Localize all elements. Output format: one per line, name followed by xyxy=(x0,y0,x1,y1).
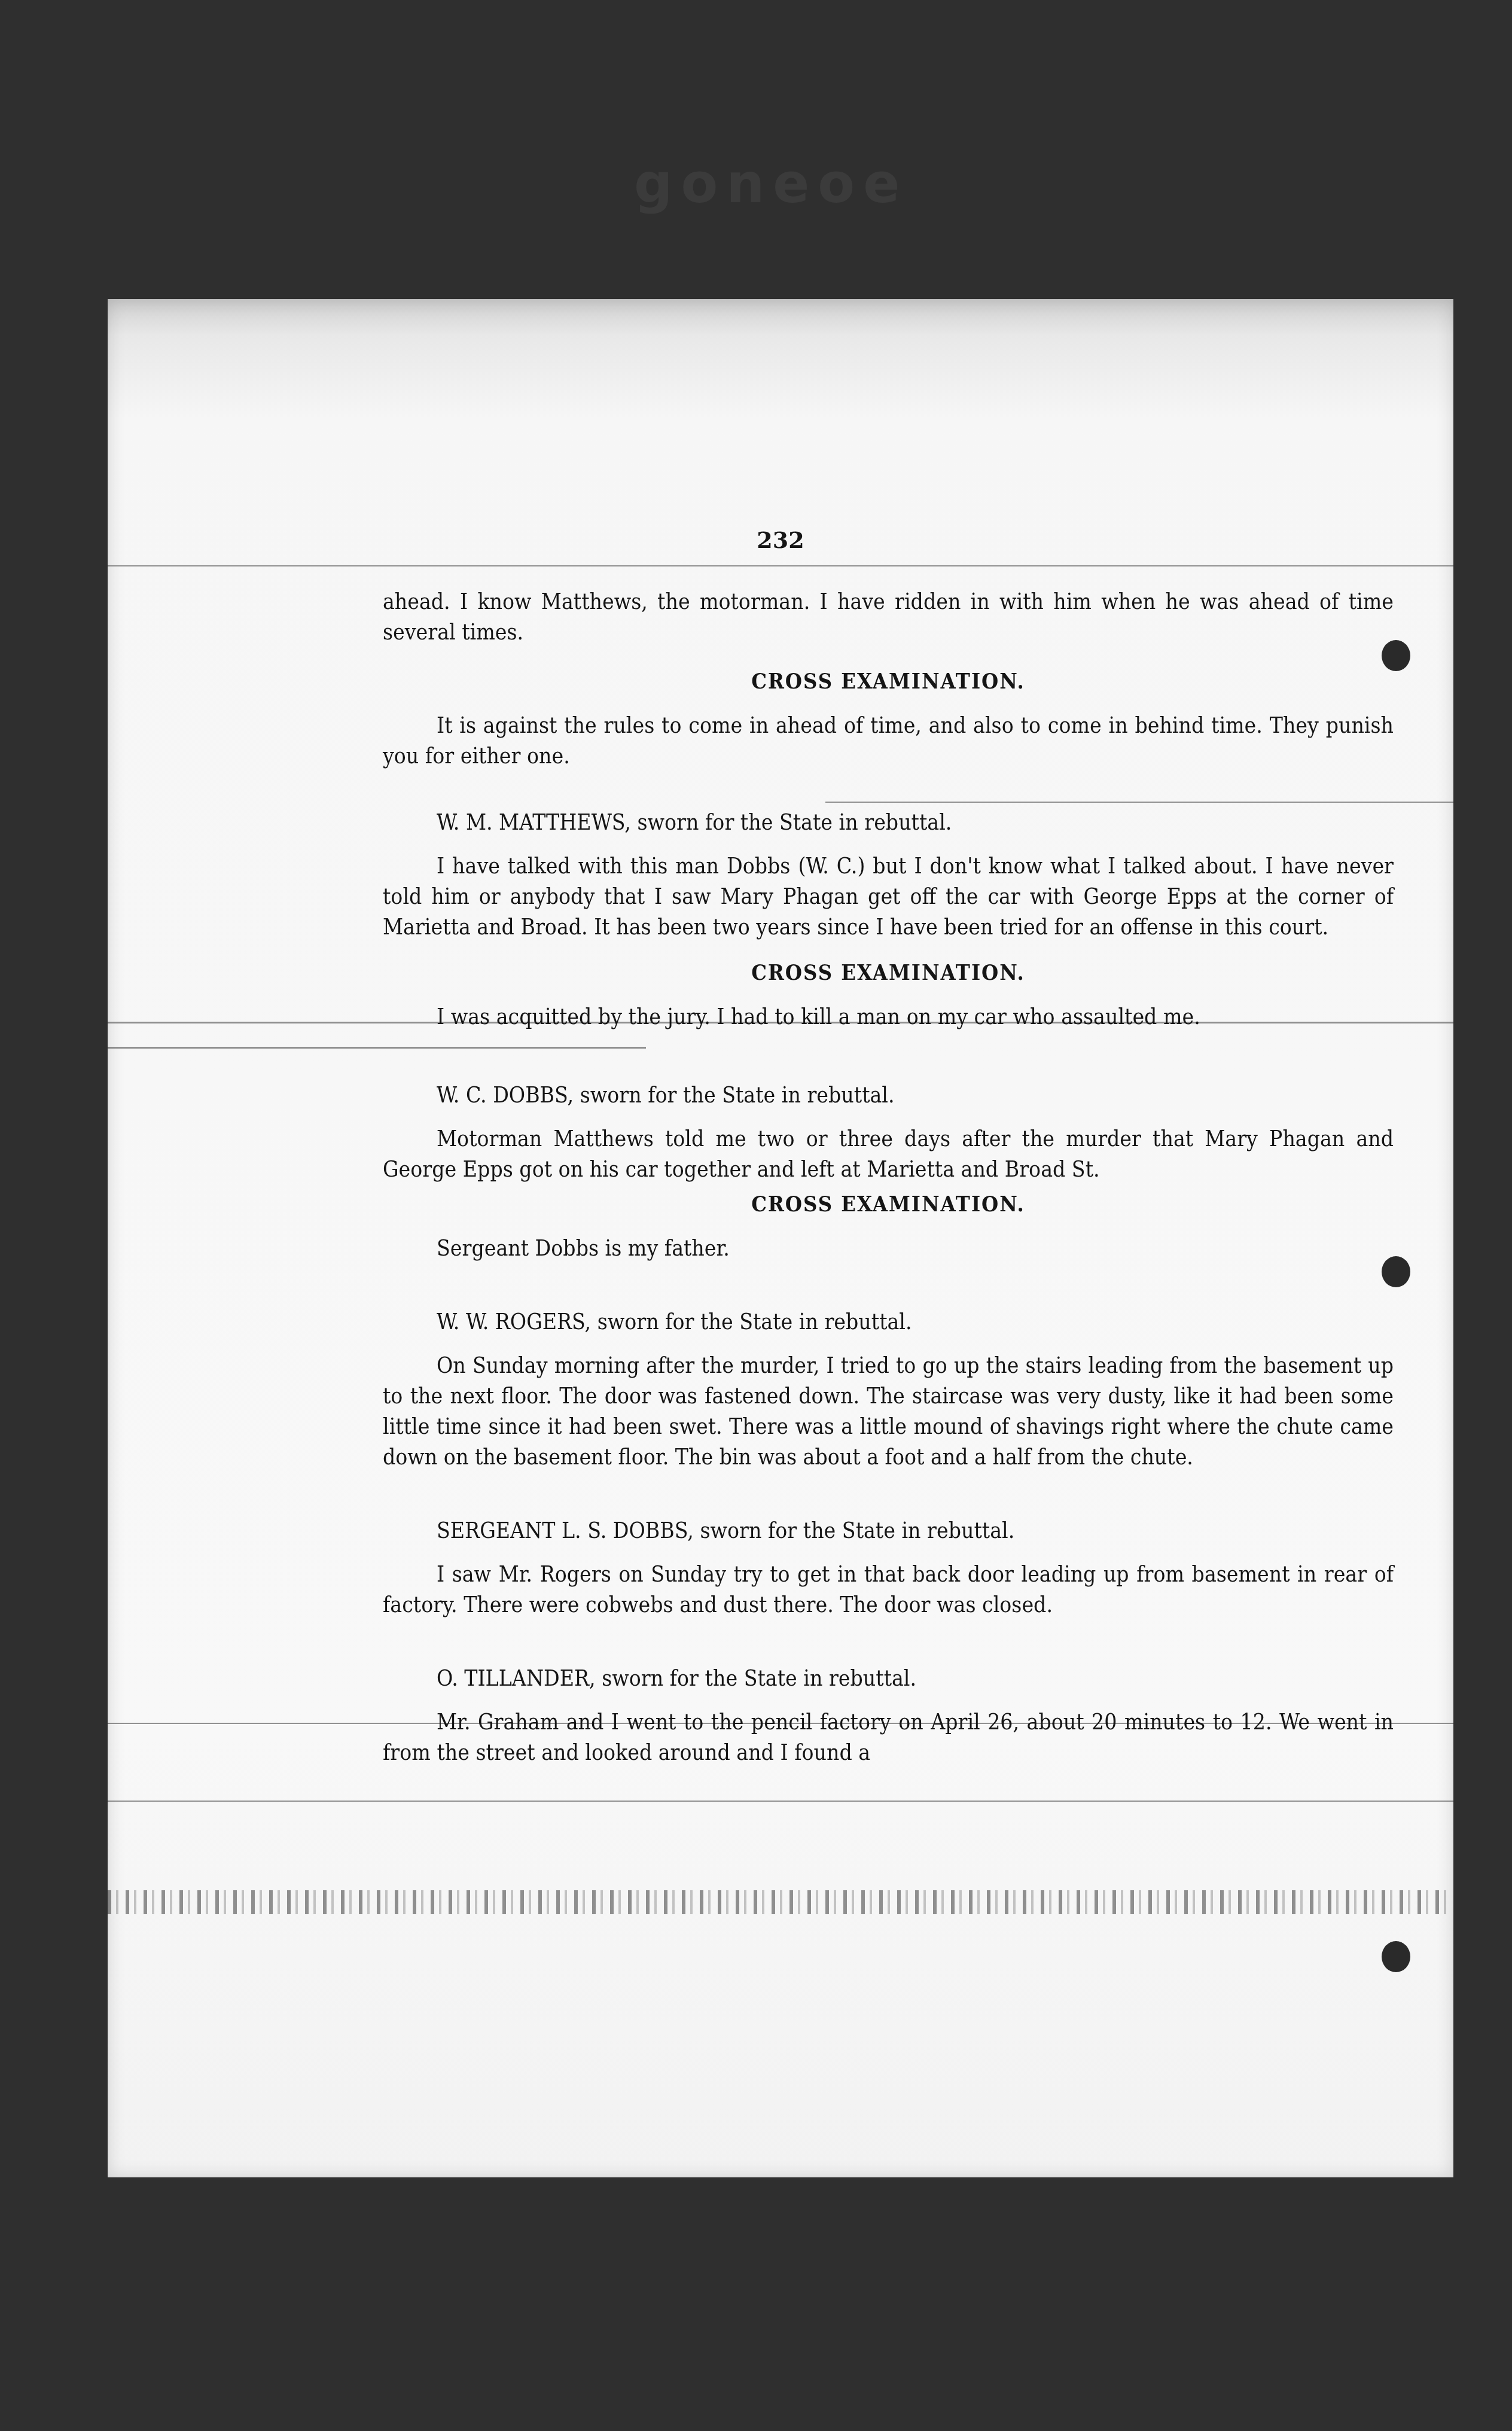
witness-heading: W. C. DOBBS, sworn for the State in rebu… xyxy=(383,1080,1394,1110)
witness-heading: O. TILLANDER, sworn for the State in reb… xyxy=(383,1663,1394,1693)
testimony-paragraph: Mr. Graham and I went to the pencil fact… xyxy=(383,1707,1394,1768)
scanned-page: 232 ahead. I know Matthews, the motorman… xyxy=(108,299,1453,2177)
testimony-paragraph: ahead. I know Matthews, the motorman. I … xyxy=(383,586,1394,647)
testimony-paragraph: Sergeant Dobbs is my father. xyxy=(383,1233,1394,1263)
testimony-paragraph: It is against the rules to come in ahead… xyxy=(383,710,1394,771)
testimony-paragraph: I have talked with this man Dobbs (W. C.… xyxy=(383,851,1394,942)
witness-heading: W. M. MATTHEWS, sworn for the State in r… xyxy=(383,807,1394,837)
witness-heading: W. W. ROGERS, sworn for the State in reb… xyxy=(383,1306,1394,1337)
scan-artifact-line xyxy=(108,1801,1453,1802)
punch-hole-blot xyxy=(1382,1941,1410,1972)
scan-artifact-line xyxy=(108,565,1453,566)
scan-damage-band xyxy=(108,1890,1453,1914)
testimony-paragraph: I saw Mr. Rogers on Sunday try to get in… xyxy=(383,1559,1394,1620)
testimony-paragraph: I was acquitted by the jury. I had to ki… xyxy=(383,1001,1394,1032)
section-heading: CROSS EXAMINATION. xyxy=(383,1189,1394,1220)
microfilm-ghost-mark: goneoe xyxy=(634,153,908,215)
section-heading: CROSS EXAMINATION. xyxy=(383,666,1394,697)
page-number: 232 xyxy=(108,526,1453,553)
document-body: ahead. I know Matthews, the motorman. I … xyxy=(383,586,1394,1768)
testimony-paragraph: On Sunday morning after the murder, I tr… xyxy=(383,1350,1394,1472)
testimony-paragraph: Motorman Matthews told me two or three d… xyxy=(383,1123,1394,1184)
section-heading: CROSS EXAMINATION. xyxy=(383,958,1394,988)
witness-heading: SERGEANT L. S. DOBBS, sworn for the Stat… xyxy=(383,1515,1394,1546)
